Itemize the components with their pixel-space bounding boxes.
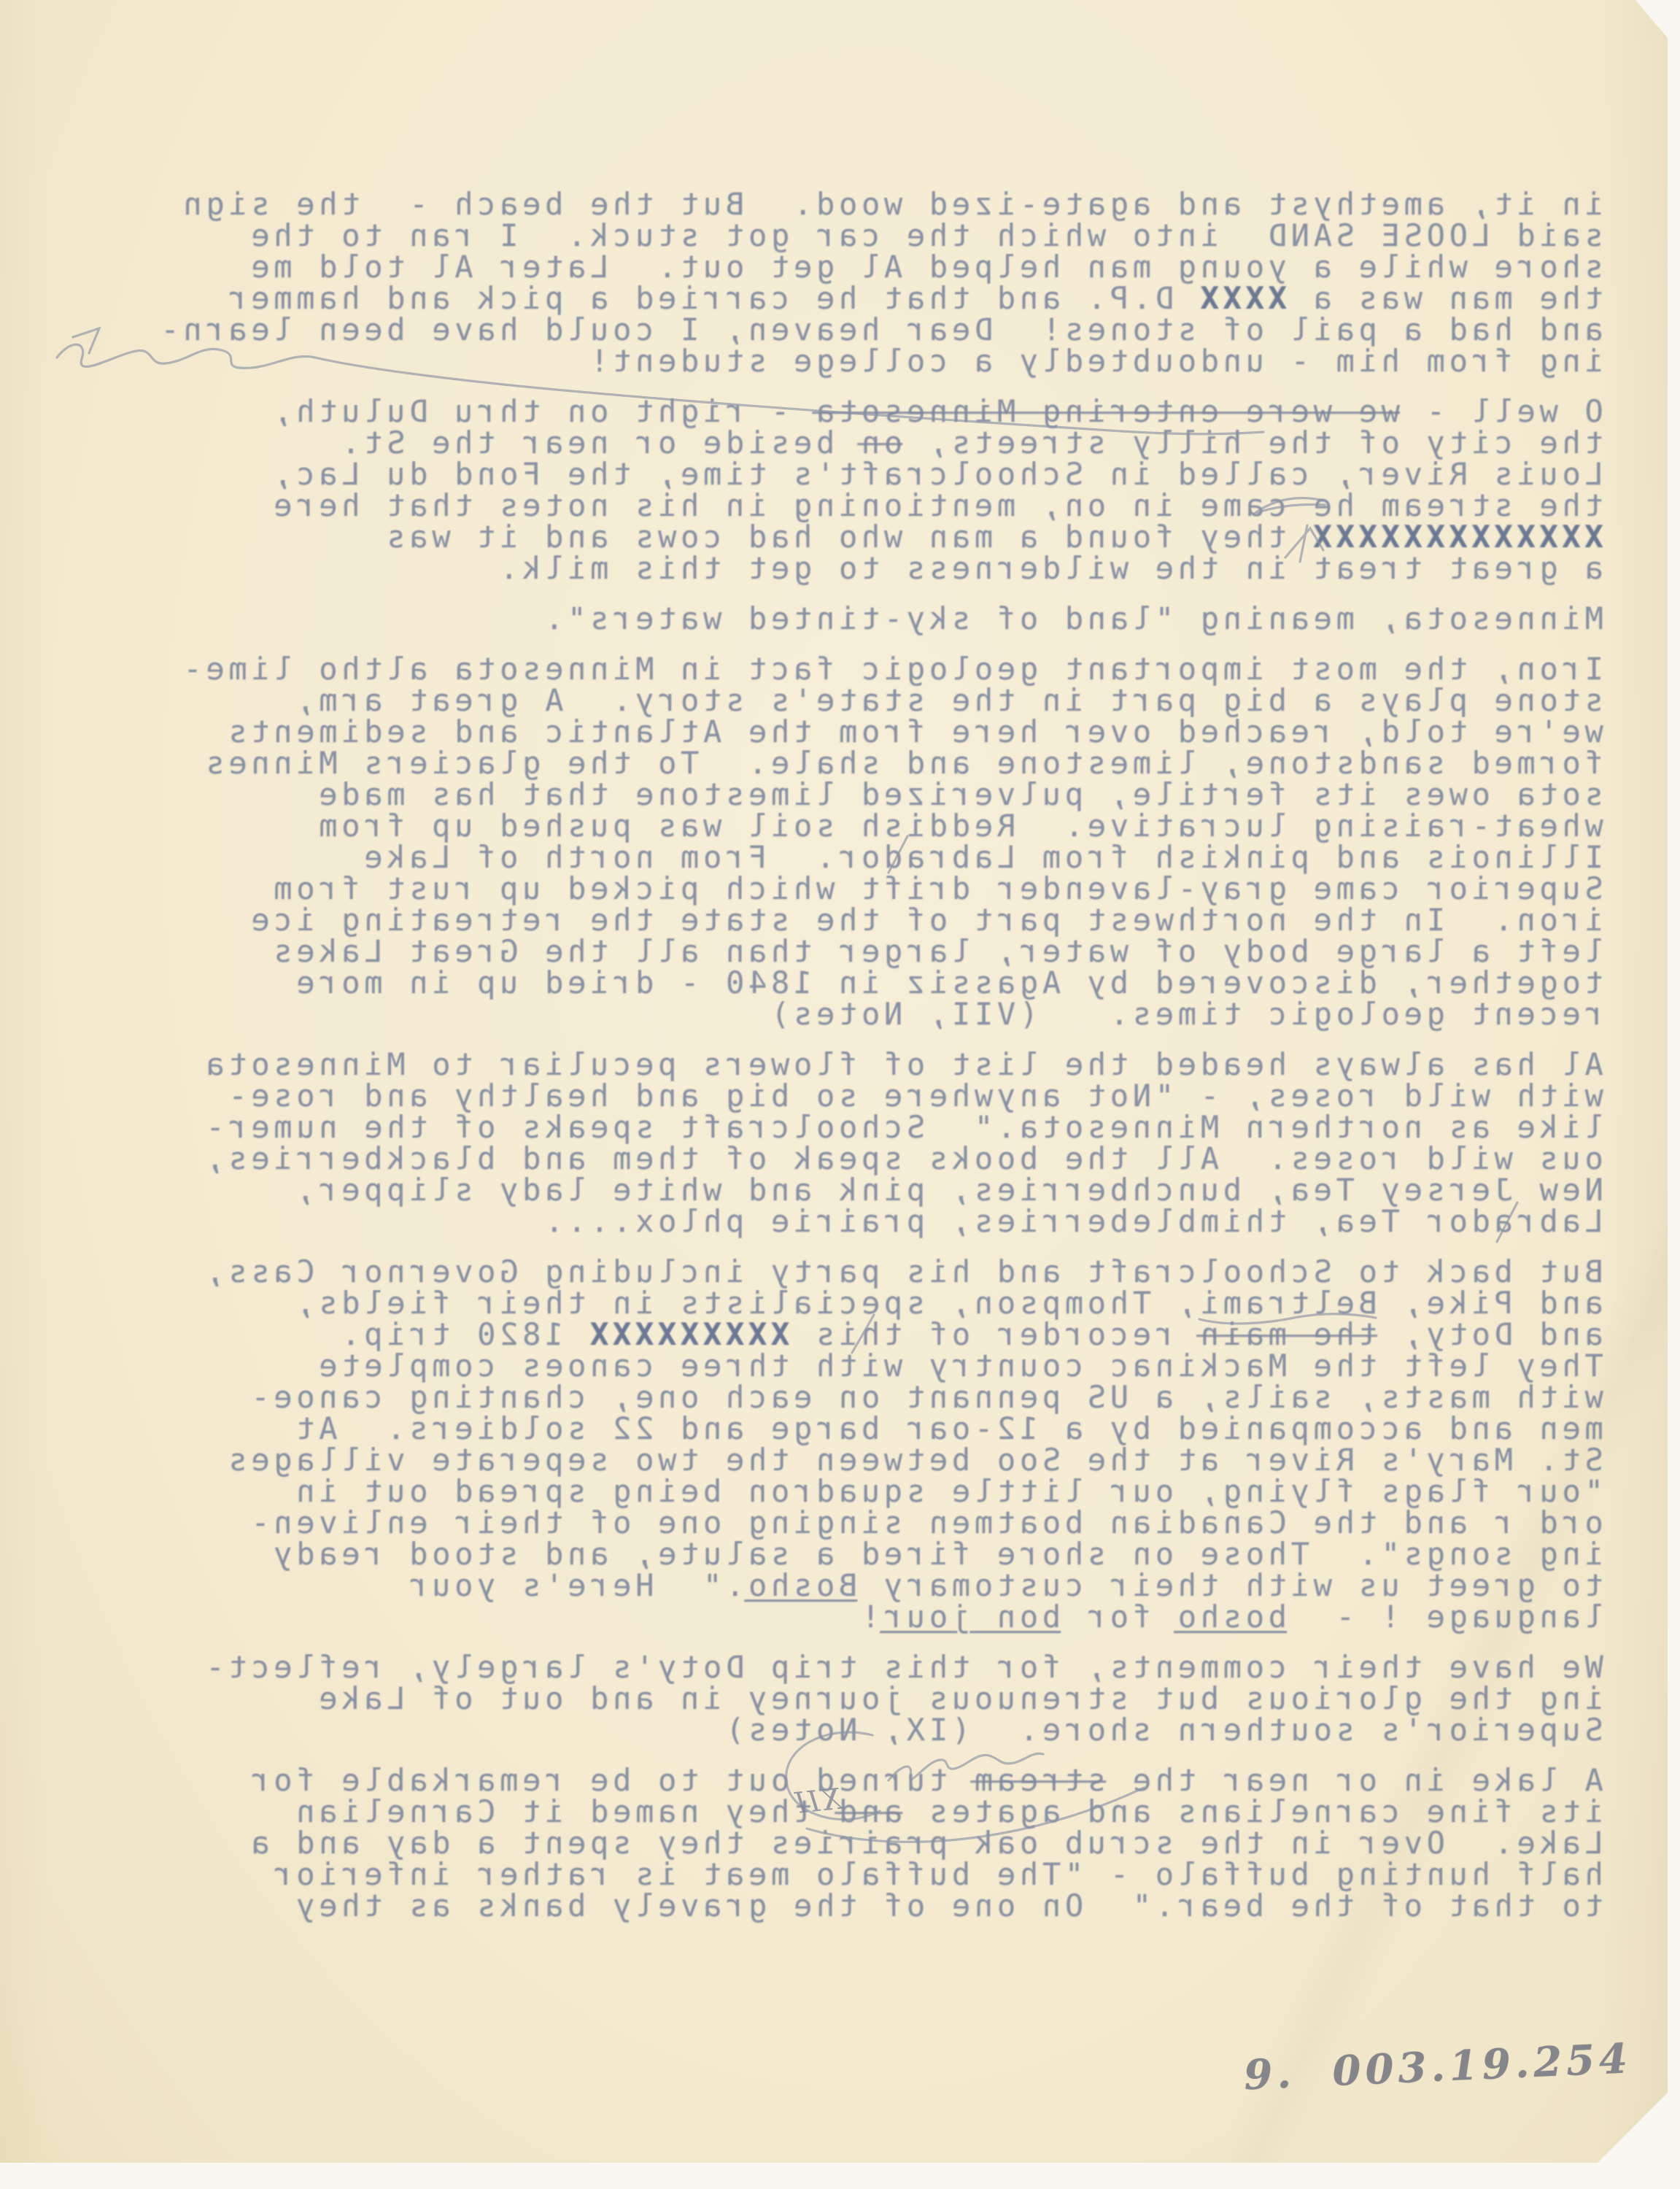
text-segment: O well - <box>1400 393 1603 429</box>
typed-paragraph: Minnesota, meaning "land of sky-tinted w… <box>101 603 1603 634</box>
text-segment: ing from him - undoubtedly a college stu… <box>587 343 1603 379</box>
typed-line: iron. In the northwest part of the state… <box>101 904 1603 935</box>
text-segment: - right on thru Duluth, <box>270 393 813 429</box>
text-segment: Superior's southern shore. <box>970 1712 1603 1748</box>
text-segment: turned out to be remarkable for <box>247 1762 971 1798</box>
typed-line: Iron, the most important geologic fact i… <box>101 653 1603 684</box>
notes-correction-text: XII <box>792 1783 844 1821</box>
text-segment: recent geologic times. (VII, Notes) <box>767 996 1604 1032</box>
text-segment: Lake. Over in the scrub oak prairies the… <box>247 1825 1603 1861</box>
text-segment: shore while a young man helped Al get ou… <box>247 249 1603 285</box>
text-segment: Labrador Tea, thimbleberries, prairie ph… <box>541 1203 1603 1239</box>
typed-line: recent geologic times. (VII, Notes) <box>101 998 1603 1030</box>
text-segment: together, discovered by Agassiz in 1840 … <box>293 965 1603 1000</box>
text-segment: we're told, reached over here from the A… <box>225 714 1603 749</box>
text-segment: formed sandstone, limestone and shale. T… <box>202 745 1603 781</box>
typed-line: together, discovered by Agassiz in 1840 … <box>101 967 1603 998</box>
text-segment: the man was a <box>1287 280 1603 316</box>
text-segment: wheat-raising lucrative. Reddish soil wa… <box>315 808 1603 843</box>
typed-line: A lake in or near the stream turned out … <box>101 1764 1603 1796</box>
typed-line: We have their comments, for this trip Do… <box>101 1651 1603 1683</box>
typed-line: with wild roses, - "Not anywhere so big … <box>101 1080 1603 1111</box>
overtype-segment: XXXXXXXXXXXXX <box>1309 519 1603 555</box>
text-segment: beside or near the St. <box>338 425 858 460</box>
text-segment: with masts, sails, a US pennant on each … <box>247 1379 1603 1415</box>
text-segment: ous wild roses. All the books speak of t… <box>202 1140 1603 1176</box>
typed-line: O well - we were entering Minnesota - ri… <box>101 395 1603 427</box>
pencil-strike-segment: on <box>857 425 902 460</box>
typed-line: stone plays a big part in the state's st… <box>101 684 1603 716</box>
typed-line: Illinois and pinkish from Labrador. From… <box>101 841 1603 873</box>
typed-line: New Jersey Tea, bunchberries, pink and w… <box>101 1174 1603 1205</box>
typed-paragraph: in it, amethyst and agate-ized wood. But… <box>101 188 1603 377</box>
pencil-strike-segment: stream <box>970 1762 1106 1798</box>
typed-line: and Doty, the main recorder of this XXXX… <box>101 1319 1603 1350</box>
text-segment: Superior came gray-lavender drift which … <box>270 870 1603 906</box>
pencil-strike-segment: and <box>835 1794 902 1829</box>
text-segment: They left the Mackinac country with thre… <box>315 1348 1603 1383</box>
typed-line: its fine carnelians and agates and they … <box>101 1796 1603 1827</box>
typed-line: shore while a young man helped Al get ou… <box>101 251 1603 282</box>
text-segment: St. Mary's River at the Soo between the … <box>225 1442 1603 1478</box>
typed-line: a great treat in the wilderness to get t… <box>101 552 1603 584</box>
underline-segment: bon jour <box>880 1599 1061 1634</box>
text-segment: recorder of this <box>789 1316 1196 1352</box>
typed-line: They left the Mackinac country with thre… <box>101 1350 1603 1381</box>
typed-line: left a large body of water, larger than … <box>101 935 1603 967</box>
typed-line: wheat-raising lucrative. Reddish soil wa… <box>101 810 1603 841</box>
typed-line: Superior came gray-lavender drift which … <box>101 873 1603 904</box>
underline-segment: bosho <box>1174 1599 1287 1634</box>
typed-line: XXXXXXXXXXXXX they found a man who had c… <box>101 521 1603 552</box>
typed-line: and had a pail of stones! Dear heaven, I… <box>101 314 1603 345</box>
text-segment: the city of the hilly streets, <box>902 425 1603 460</box>
typed-line: ous wild roses. All the books speak of t… <box>101 1143 1603 1174</box>
text-segment: ord r and the Canadian boatmen singing o… <box>247 1505 1603 1540</box>
text-segment: ." Here's your <box>406 1567 745 1603</box>
text-segment: 1820 trip. <box>338 1316 587 1352</box>
typed-line: like as northern Minnesota." Schoolcraft… <box>101 1111 1603 1143</box>
text-segment: the stream he came in on, mentioning in … <box>270 487 1603 523</box>
text-segment: with wild roses, - "Not anywhere so big … <box>225 1078 1603 1113</box>
text-segment: for <box>1061 1599 1174 1634</box>
overtype-segment: XXXX <box>1196 280 1287 316</box>
typed-line: St. Mary's River at the Soo between the … <box>101 1444 1603 1475</box>
typed-line: we're told, reached over here from the A… <box>101 716 1603 747</box>
typed-line: to that of the bear." On one of the grav… <box>101 1890 1603 1921</box>
typed-line: to greet us with their customary Bosho."… <box>101 1570 1603 1601</box>
text-segment: to greet us with their customary <box>857 1567 1603 1603</box>
text-segment: like as northern Minnesota." Schoolcraft… <box>202 1109 1603 1145</box>
overtype-segment: XXXXXXXXX <box>587 1316 790 1352</box>
typed-line: ing from him - undoubtedly a college stu… <box>101 345 1603 377</box>
scanned-document-page: in it, amethyst and agate-ized wood. But… <box>0 0 1680 2189</box>
typed-paragraph: We have their comments, for this trip Do… <box>101 1651 1603 1745</box>
text-segment: ! <box>857 1599 880 1634</box>
text-segment: they named it Carnelian <box>293 1794 835 1829</box>
typed-paragraph: Iron, the most important geologic fact i… <box>101 653 1603 1030</box>
typed-line: formed sandstone, limestone and shale. T… <box>101 747 1603 779</box>
pencil-strike-segment: the main <box>1196 1316 1377 1352</box>
typed-line: Superior's southern shore. (IX, Notes) <box>101 1714 1603 1745</box>
text-segment: New Jersey Tea, bunchberries, pink and w… <box>293 1172 1603 1208</box>
text-segment: Al has always headed the list of flowers… <box>202 1046 1603 1082</box>
typed-line: and Pike, Beltrami, Thompson, specialist… <box>101 1287 1603 1319</box>
text-segment: Louis River, called in Schoolcraft's tim… <box>270 456 1603 492</box>
text-segment: left a large body of water, larger than … <box>270 933 1603 969</box>
text-segment: language ! - <box>1287 1599 1603 1634</box>
typed-line: ord r and the Canadian boatmen singing o… <box>101 1507 1603 1538</box>
text-segment: D.P. and that he carried a pick and hamm… <box>225 280 1196 316</box>
typed-line: language ! - bosho for bon jour! <box>101 1601 1603 1632</box>
typed-line: in it, amethyst and agate-ized wood. But… <box>101 188 1603 220</box>
text-segment: stone plays a big part in the state's st… <box>293 682 1603 718</box>
underline-segment: Bosho <box>745 1567 858 1603</box>
text-segment: men and accompanied by a 12-oar barge an… <box>293 1410 1603 1446</box>
typed-paragraph: But back to Schoolcraft and his party in… <box>101 1256 1603 1632</box>
typed-line: sota owes its fertile, pulverized limest… <box>101 779 1603 810</box>
typed-line: with masts, sails, a US pennant on each … <box>101 1381 1603 1413</box>
text-segment: and Pike, Beltrami, Thompson, specialist… <box>293 1285 1603 1321</box>
typed-line: the stream he came in on, mentioning in … <box>101 490 1603 521</box>
text-segment: Minnesota, meaning "land of sky-tinted w… <box>541 601 1603 636</box>
typed-line: Labrador Tea, thimbleberries, prairie ph… <box>101 1205 1603 1237</box>
text-segment: in it, amethyst and agate-ized wood. But… <box>179 186 1603 222</box>
typed-line: said LOOSE SAND into which the car got s… <box>101 220 1603 251</box>
text-segment: they found a man who had cows and it was <box>383 519 1309 555</box>
pencil-circled-segment: (IX, Notes) <box>722 1712 971 1748</box>
text-segment: and had a pail of stones! Dear heaven, I… <box>157 312 1603 347</box>
typed-paragraph: A lake in or near the stream turned out … <box>101 1764 1603 1921</box>
text-segment: and Doty, <box>1377 1316 1603 1352</box>
mirrored-showthrough-layer: in it, amethyst and agate-ized wood. But… <box>0 0 1680 2189</box>
typed-line: Al has always headed the list of flowers… <box>101 1049 1603 1080</box>
typed-line: half hunting buffalo - "The buffalo meat… <box>101 1858 1603 1890</box>
typed-line: But back to Schoolcraft and his party in… <box>101 1256 1603 1287</box>
typed-line: men and accompanied by a 12-oar barge an… <box>101 1413 1603 1444</box>
text-segment: We have their comments, for this trip Do… <box>202 1649 1603 1685</box>
text-segment: its fine carnelians and agates <box>902 1794 1603 1829</box>
typed-line: "our flags flying, our little squadron b… <box>101 1475 1603 1507</box>
typed-paragraph: Al has always headed the list of flowers… <box>101 1049 1603 1237</box>
pencil-strike-segment: we were entering Minnesota <box>812 393 1400 429</box>
typed-line: the city of the hilly streets, on beside… <box>101 427 1603 458</box>
typed-line: Louis River, called in Schoolcraft's tim… <box>101 458 1603 490</box>
text-segment: said LOOSE SAND into which the car got s… <box>247 217 1603 253</box>
text-segment: But back to Schoolcraft and his party in… <box>202 1254 1603 1289</box>
text-segment: half hunting buffalo - "The buffalo meat… <box>270 1856 1603 1892</box>
text-segment: A lake in or near the <box>1106 1762 1603 1798</box>
text-segment: Illinois and pinkish from Labrador. From… <box>360 839 1603 875</box>
text-segment: a great treat in the wilderness to get t… <box>496 550 1603 586</box>
typed-line: the man was a XXXX D.P. and that he carr… <box>101 282 1603 314</box>
text-segment: iron. In the northwest part of the state… <box>247 902 1603 938</box>
typed-text-block: in it, amethyst and agate-ized wood. But… <box>101 188 1603 1940</box>
typed-line: ing the glorious but strenuous journey i… <box>101 1683 1603 1714</box>
text-segment: to that of the bear." On one of the grav… <box>293 1888 1603 1923</box>
typed-paragraph: O well - we were entering Minnesota - ri… <box>101 395 1603 584</box>
typed-line: Lake. Over in the scrub oak prairies the… <box>101 1827 1603 1858</box>
typed-line: Minnesota, meaning "land of sky-tinted w… <box>101 603 1603 634</box>
text-segment: Iron, the most important geologic fact i… <box>179 651 1603 687</box>
text-segment: ing the glorious but strenuous journey i… <box>315 1680 1603 1716</box>
text-segment: "our flags flying, our little squadron b… <box>293 1473 1603 1509</box>
typed-line: ing songs". Those on shore fired a salut… <box>101 1538 1603 1570</box>
text-segment: sota owes its fertile, pulverized limest… <box>315 776 1603 812</box>
text-segment: ing songs". Those on shore fired a salut… <box>270 1536 1603 1572</box>
